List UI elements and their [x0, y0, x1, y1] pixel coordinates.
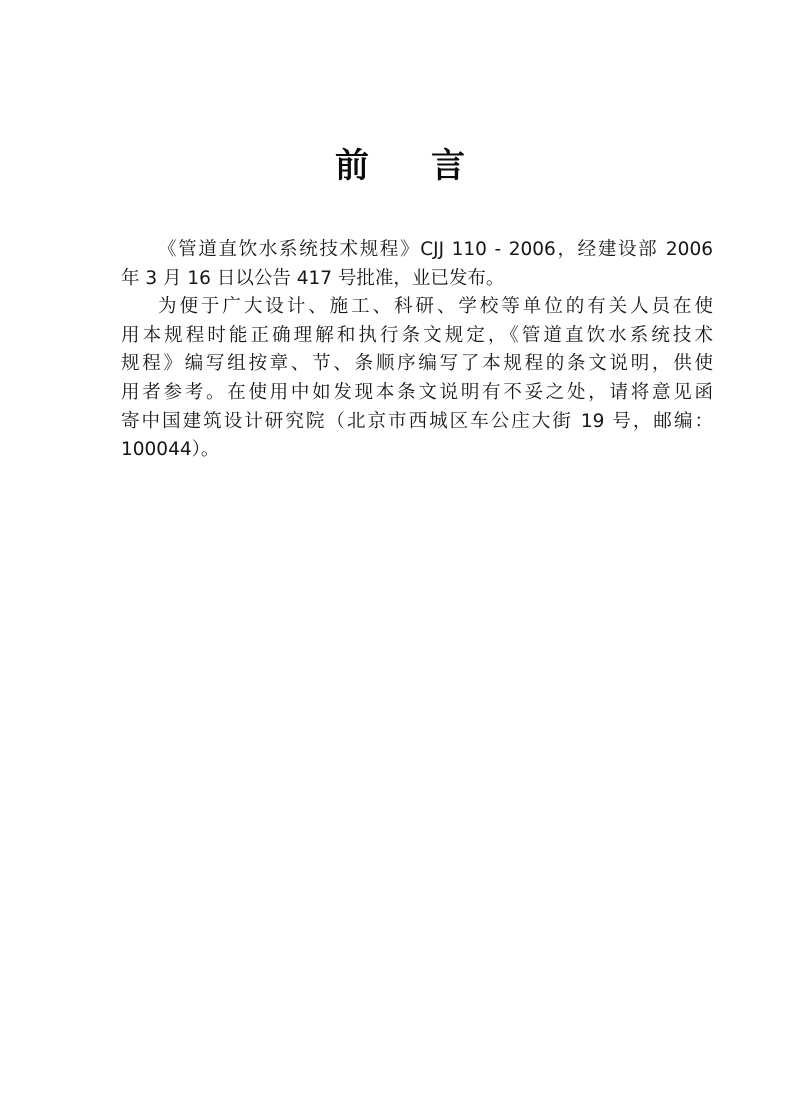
preface-body: 《管道直饮水系统技术规程》CJJ 110 - 2006，经建设部 2006 年 …	[121, 236, 713, 465]
paragraph-2-line-3: 规程》编写组按章、节、条顺序编写了本规程的条文说明，供使	[121, 350, 713, 379]
page-title: 前言	[0, 146, 800, 186]
title-char-1: 前	[335, 146, 369, 186]
paragraph-2-line-5: 寄中国建筑设计研究院（北京市西城区车公庄大街 19 号，邮编：	[121, 408, 713, 437]
title-char-2: 言	[431, 146, 465, 186]
paragraph-1-line-1: 《管道直饮水系统技术规程》CJJ 110 - 2006，经建设部 2006	[121, 236, 713, 265]
paragraph-1-line-2: 年 3 月 16 日以公告 417 号批准，业已发布。	[121, 265, 713, 294]
paragraph-2-line-1: 为便于广大设计、施工、科研、学校等单位的有关人员在使	[121, 293, 713, 322]
paragraph-2-line-4: 用者参考。在使用中如发现本条文说明有不妥之处，请将意见函	[121, 379, 713, 408]
paragraph-1: 《管道直饮水系统技术规程》CJJ 110 - 2006，经建设部 2006 年 …	[121, 236, 713, 293]
paragraph-2-line-6: 100044）。	[121, 436, 713, 465]
document-page: 前言 《管道直饮水系统技术规程》CJJ 110 - 2006，经建设部 2006…	[0, 0, 800, 1120]
paragraph-2-line-2: 用本规程时能正确理解和执行条文规定，《管道直饮水系统技术	[121, 322, 713, 351]
paragraph-2: 为便于广大设计、施工、科研、学校等单位的有关人员在使 用本规程时能正确理解和执行…	[121, 293, 713, 465]
